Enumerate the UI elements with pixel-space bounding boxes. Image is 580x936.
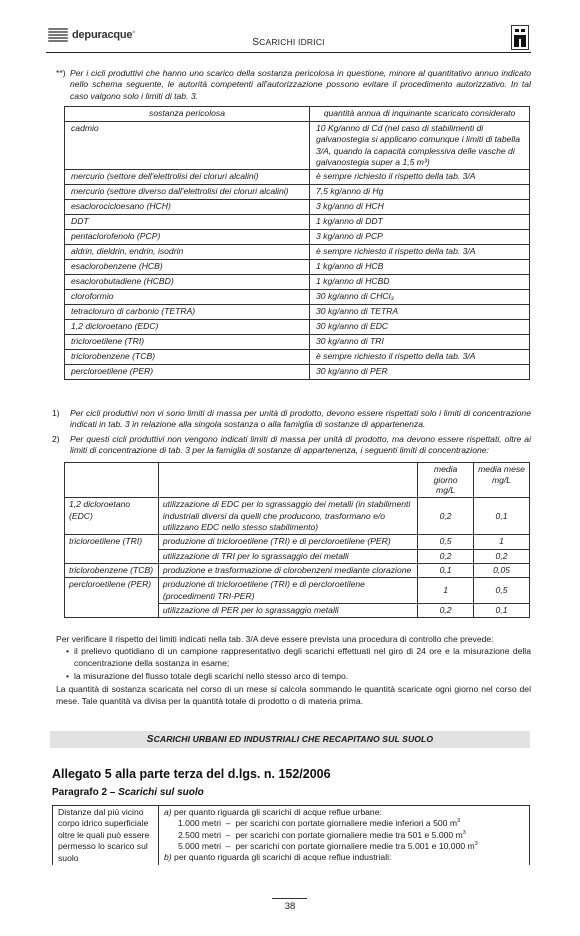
substance-cell: esaclorobenzene (HCB): [65, 260, 310, 275]
process-cell: produzione di tricloroetilene (TRI) e di…: [158, 578, 417, 604]
building-icon: [511, 25, 529, 50]
quantity-cell: è sempre richiesto il rispetto della tab…: [310, 245, 530, 260]
quantity-cell: 3 kg/anno di PCP: [310, 230, 530, 245]
table-row: mercurio (settore dell'elettrolisi dei c…: [65, 170, 530, 185]
item-a: a) per quanto riguarda gli scarichi di a…: [164, 807, 524, 818]
substance-cell: 1,2 dicloroetano (EDC): [65, 320, 310, 335]
substance-cell: pentaclorofenolo (PCP): [65, 230, 310, 245]
substance-cell: esaclorocicloesano (HCH): [65, 200, 310, 215]
substance-cell: cloroformio: [65, 290, 310, 305]
table-row: esaclorobenzene (HCB)1 kg/anno di HCB: [65, 260, 530, 275]
monthly-value-cell: 0,05: [474, 563, 530, 577]
page-header: depuracque® SCARICHI IDRICI: [46, 26, 531, 53]
process-cell: utilizzazione di EDC per lo sgrassaggio …: [158, 498, 417, 535]
substance-cell: aldrin, dieldrin, endrin, isodrin: [65, 245, 310, 260]
header-monthly-average: media mesemg/L: [474, 463, 530, 498]
substance-cell: tetracloruro di carbonio (TETRA): [65, 305, 310, 320]
footnote-2: 2) Per questi cicli produttivi non vengo…: [56, 434, 531, 457]
paragrafo-heading: Paragrafo 2 – Scarichi sul suolo: [52, 786, 204, 799]
substance-cell: tricloroetilene (TRI): [65, 335, 310, 350]
substance-cell: mercurio (settore diverso dall'elettroli…: [65, 185, 310, 200]
table-row: esaclorobutadiene (HCBD)1 kg/anno di HCB…: [65, 275, 530, 290]
list-item: la misurazione del flusso totale degli s…: [66, 671, 531, 682]
distance-line: 1.000 metri – per scarichi con portate g…: [164, 818, 524, 829]
daily-value-cell: 0,2: [418, 603, 474, 617]
header-empty-process: [158, 463, 417, 498]
distance-line: 2.500 metri – per scarichi con portate g…: [164, 830, 524, 841]
table-row: cloroformio30 kg/anno di CHCl₃: [65, 290, 530, 305]
daily-value-cell: 1: [418, 578, 474, 604]
quantity-cell: 7,5 kg/anno di Hg: [310, 185, 530, 200]
table-row: mercurio (settore diverso dall'elettroli…: [65, 185, 530, 200]
table-row: cadmio10 Kg/anno di Cd (nel caso di stab…: [65, 122, 530, 170]
daily-value-cell: 0,2: [418, 549, 474, 563]
table-row: pentaclorofenolo (PCP)3 kg/anno di PCP: [65, 230, 530, 245]
table-row: tricloroetilene (TRI)produzione di tricl…: [65, 535, 530, 549]
substance-cell: percloroetilene (PER): [65, 365, 310, 380]
substances-table: sostanza pericolosa quantità annua di in…: [64, 106, 530, 380]
note-double-star: **) Per i cicli produttivi che hanno uno…: [56, 68, 531, 102]
header-daily-average: media giornomg/L: [418, 463, 474, 498]
daily-value-cell: 0,5: [418, 535, 474, 549]
table-row: 1,2 dicloroetano (EDC)utilizzazione di E…: [65, 498, 530, 535]
distance-line: 5.000 metri – per scarichi con portate g…: [164, 841, 524, 852]
substance-cell: tricloroetilene (TRI): [65, 535, 159, 564]
concentration-limits-table: media giornomg/L media mesemg/L 1,2 dicl…: [64, 462, 530, 618]
quantity-cell: 30 kg/anno di PER: [310, 365, 530, 380]
section-title: SCARICHI IDRICI: [46, 36, 531, 49]
monthly-value-cell: 0,1: [474, 603, 530, 617]
quantity-cell: 30 kg/anno di TRI: [310, 335, 530, 350]
quantity-cell: 1 kg/anno di DDT: [310, 215, 530, 230]
quantity-cell: è sempre richiesto il rispetto della tab…: [310, 350, 530, 365]
monthly-value-cell: 0,2: [474, 549, 530, 563]
list-item: il prelievo quotidiano di un campione ra…: [66, 646, 531, 669]
substance-cell: DDT: [65, 215, 310, 230]
monthly-value-cell: 0,1: [474, 498, 530, 535]
table-row: 1,2 dicloroetano (EDC)30 kg/anno di EDC: [65, 320, 530, 335]
distances-table: Distanze dal più vicino corpo idrico sup…: [52, 805, 530, 865]
item-b: b) per quanto riguarda gli scarichi di a…: [164, 852, 524, 863]
daily-value-cell: 0,1: [418, 563, 474, 577]
table-row: triclorobenzene (TCB)produzione e trasfo…: [65, 563, 530, 577]
note-text: Per i cicli produttivi che hanno uno sca…: [56, 68, 531, 102]
quantity-cell: è sempre richiesto il rispetto della tab…: [310, 170, 530, 185]
process-cell: produzione e trasformazione di clorobenz…: [158, 563, 417, 577]
quantity-cell: 30 kg/anno di TETRA: [310, 305, 530, 320]
table-row: percloroetilene (PER)30 kg/anno di PER: [65, 365, 530, 380]
header-quantity: quantità annua di inquinante scaricato c…: [310, 107, 530, 122]
table-row: tricloroetilene (TRI)30 kg/anno di TRI: [65, 335, 530, 350]
footnote-1: 1) Per cicli produttivi non vi sono limi…: [56, 408, 531, 431]
substance-cell: esaclorobutadiene (HCBD): [65, 275, 310, 290]
substance-cell: cadmio: [65, 122, 310, 170]
distances-label: Distanze dal più vicino corpo idrico sup…: [53, 806, 159, 866]
header-substance: sostanza pericolosa: [65, 107, 310, 122]
process-cell: utilizzazione di PER per lo sgrassaggio …: [158, 603, 417, 617]
quantity-cell: 30 kg/anno di CHCl₃: [310, 290, 530, 305]
table-row: percloroetilene (PER)produzione di tricl…: [65, 578, 530, 604]
quantity-cell: 1 kg/anno di HCB: [310, 260, 530, 275]
process-cell: utilizzazione di TRI per lo sgrassaggio …: [158, 549, 417, 563]
table-row: triclorobenzene (TCB)è sempre richiesto …: [65, 350, 530, 365]
verification-closing: La quantità di sostanza scaricata nel co…: [56, 684, 531, 707]
distances-content: a) per quanto riguarda gli scarichi di a…: [159, 806, 530, 866]
daily-value-cell: 0,2: [418, 498, 474, 535]
table-row: aldrin, dieldrin, endrin, isodrinè sempr…: [65, 245, 530, 260]
substance-cell: triclorobenzene (TCB): [65, 350, 310, 365]
quantity-cell: 3 kg/anno di HCH: [310, 200, 530, 215]
table-row: DDT1 kg/anno di DDT: [65, 215, 530, 230]
section-band: SCARICHI URBANI ED INDUSTRIALI CHE RECAP…: [50, 731, 530, 748]
substance-cell: triclorobenzene (TCB): [65, 563, 159, 577]
quantity-cell: 30 kg/anno di EDC: [310, 320, 530, 335]
allegato-heading: Allegato 5 alla parte terza del d.lgs. n…: [52, 766, 331, 783]
verification-procedure: Per verificare il rispetto dei limiti in…: [56, 634, 531, 707]
footnotes: 1) Per cicli produttivi non vi sono limi…: [56, 408, 531, 459]
table-row: esaclorocicloesano (HCH)3 kg/anno di HCH: [65, 200, 530, 215]
process-cell: produzione di tricloroetilene (TRI) e di…: [158, 535, 417, 549]
monthly-value-cell: 0,5: [474, 578, 530, 604]
page-number: 38: [0, 897, 580, 914]
monthly-value-cell: 1: [474, 535, 530, 549]
substance-cell: 1,2 dicloroetano (EDC): [65, 498, 159, 535]
quantity-cell: 10 Kg/anno di Cd (nel caso di stabilimen…: [310, 122, 530, 170]
header-empty-substance: [65, 463, 159, 498]
substance-cell: percloroetilene (PER): [65, 578, 159, 618]
table-row: tetracloruro di carbonio (TETRA)30 kg/an…: [65, 305, 530, 320]
verification-intro: Per verificare il rispetto dei limiti in…: [56, 634, 531, 645]
quantity-cell: 1 kg/anno di HCBD: [310, 275, 530, 290]
substance-cell: mercurio (settore dell'elettrolisi dei c…: [65, 170, 310, 185]
verification-list: il prelievo quotidiano di un campione ra…: [56, 646, 531, 682]
